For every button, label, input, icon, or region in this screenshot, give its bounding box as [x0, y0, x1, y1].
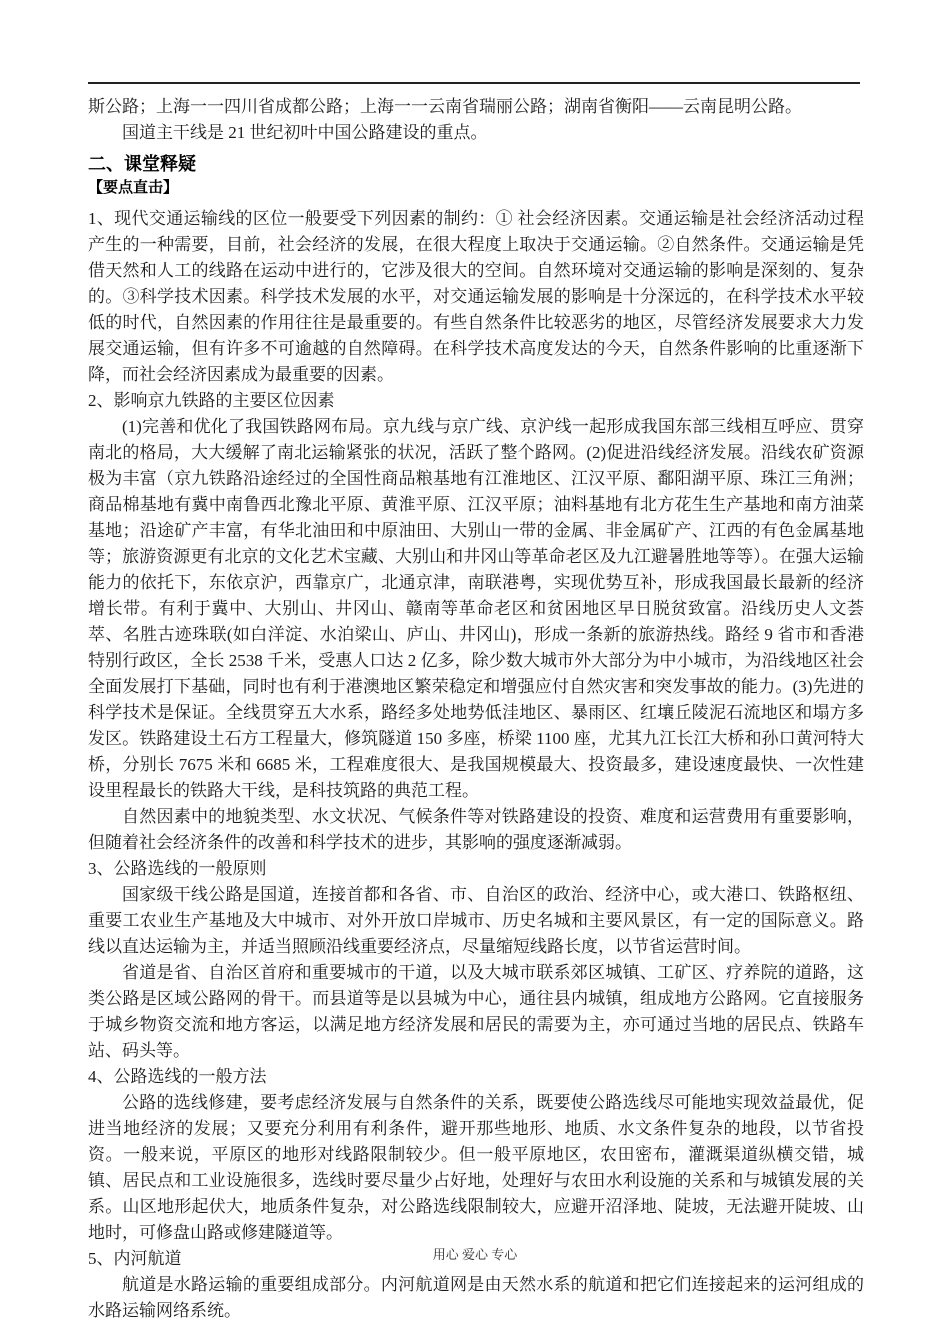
paragraph-national-highways: 国家级干线公路是国道，连接首都和各省、市、自治区的政治、经济中心，或大港口、铁路…: [88, 882, 864, 960]
paragraph-highway-method-details: 公路的选线修建，要考虑经济发展与自然条件的关系，既要使公路选线尽可能地实现效益最…: [88, 1090, 864, 1246]
page-footer-motto: 用心 爱心 专心: [0, 1246, 950, 1264]
header-divider-rule: [88, 82, 860, 84]
paragraph-location-factors: 1、现代交通运输线的区位一般要受下列因素的制约：① 社会经济因素。交通运输是社会…: [88, 206, 864, 388]
item-heading-highway-principles: 3、公路选线的一般原则: [88, 856, 864, 882]
paragraph-provincial-roads: 省道是省、自治区首府和重要城市的干道，以及大城市联系郊区城镇、工矿区、疗养院的道…: [88, 960, 864, 1064]
keypoints-bracket-heading: 【要点直击】: [88, 178, 864, 198]
paragraph-jingjiu-details: (1)完善和优化了我国铁路网布局。京九线与京广线、京沪线一起形成我国东部三线相互…: [88, 414, 864, 804]
paragraph-roads-continuation: 斯公路；上海一一四川省成都公路；上海一一云南省瑞丽公路；湖南省衡阳——云南昆明公…: [88, 94, 864, 120]
item-heading-highway-methods: 4、公路选线的一般方法: [88, 1064, 864, 1090]
paragraph-natural-factors: 自然因素中的地貌类型、水文状况、气候条件等对铁路建设的投资、难度和运营费用有重要…: [88, 804, 864, 856]
section-heading-classroom: 二、课堂释疑: [88, 152, 864, 176]
paragraph-waterway-network: 航道是水路运输的重要组成部分。内河航道网是由天然水系的航道和把它们连接起来的运河…: [88, 1272, 864, 1324]
document-body: 斯公路；上海一一四川省成都公路；上海一一云南省瑞丽公路；湖南省衡阳——云南昆明公…: [88, 94, 864, 1324]
paragraph-national-trunk: 国道主干线是 21 世纪初叶中国公路建设的重点。: [88, 120, 864, 146]
document-page: 斯公路；上海一一四川省成都公路；上海一一云南省瑞丽公路；湖南省衡阳——云南昆明公…: [0, 0, 950, 1344]
item-heading-jingjiu-railway: 2、影响京九铁路的主要区位因素: [88, 388, 864, 414]
